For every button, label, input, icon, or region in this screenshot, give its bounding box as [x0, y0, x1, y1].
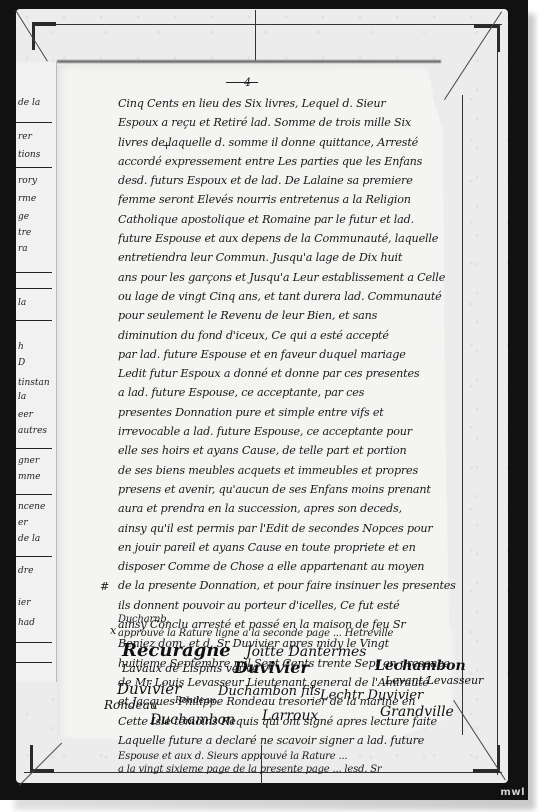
text-line: en jouir pareil et ayans Cause en toute …: [118, 538, 463, 557]
signature: Duvivier: [117, 680, 181, 698]
text-line: elle ses hoirs et ayans Cause, de telle …: [118, 441, 463, 460]
margin-fragment: ra: [18, 244, 28, 254]
margin-fragment: ier: [18, 598, 31, 608]
text-line: a lad. future Espouse, ce acceptante, pa…: [118, 383, 463, 402]
margin-stroke: [16, 167, 52, 168]
margin-stroke: [16, 448, 52, 449]
text-line: irrevocable a lad. future Espouse, ce ac…: [118, 422, 463, 441]
text-line: Laquelle future a declaré ne scavoir sig…: [118, 731, 463, 750]
right-ruling: [497, 45, 498, 775]
text-line: pour seulement le Revenu de leur Bien, e…: [118, 306, 463, 325]
page-number-stroke: [226, 82, 258, 83]
margin-stroke: [16, 122, 52, 123]
corner-mark-bottom-right: [473, 769, 499, 773]
margin-fragment: eer: [18, 410, 33, 420]
margin-fragment: la: [18, 298, 26, 308]
text-line: Cinq Cents en lieu des Six livres, Leque…: [118, 94, 463, 113]
margin-stroke: [16, 556, 52, 557]
margin-fragment: mme: [18, 472, 40, 482]
page-number: 4: [244, 76, 251, 89]
x-mark: x: [110, 624, 116, 637]
text-line: de ses biens meubles acquets et immeuble…: [118, 461, 463, 480]
text-line: par lad. future Espouse et en faveur duq…: [118, 345, 463, 364]
text-line: aura et prendra en la succession, apres …: [118, 499, 463, 518]
insert-mark: +: [162, 139, 171, 152]
corner-mark-top-left: [32, 22, 56, 26]
text-line: Espoux a reçu et Retiré lad. Somme de tr…: [118, 113, 463, 132]
signature: Duchambon: [150, 712, 235, 728]
text-line: future Espouse et aux depens de la Commu…: [118, 229, 463, 248]
margin-stroke: [16, 288, 52, 289]
signature: Larroux: [262, 708, 318, 724]
corner-mark-top-right-v: [497, 24, 500, 52]
text-line: Catholique apostolique et Romaine par le…: [118, 210, 463, 229]
margin-stroke: [16, 662, 52, 663]
signature: Lechambon: [375, 658, 466, 674]
margin-fragment: tre: [18, 228, 31, 238]
margin-fragment: rme: [18, 194, 36, 204]
margin-fragment: la: [18, 392, 26, 402]
signature: Recuragne: [122, 640, 231, 661]
text-line: de la presente Donnation, et pour faire …: [118, 576, 463, 595]
top-center-ruling: [255, 10, 256, 62]
signature: Lechtr Duvivier: [320, 688, 423, 703]
signature: Rondeau: [175, 696, 215, 706]
margin-fragment: gner: [18, 456, 39, 466]
text-line: a la vingt sixieme page de la presente p…: [118, 763, 463, 776]
top-ruling: [32, 24, 502, 25]
text-line: femme seront Elevés nourris entretenus a…: [118, 190, 463, 209]
margin-fragment: rer: [18, 132, 32, 142]
margin-fragment: tinstan: [18, 378, 50, 388]
text-line: Ledit futur Espoux a donné et donne par …: [118, 364, 463, 383]
text-line: desd. futurs Espoux et de lad. De Lalain…: [118, 171, 463, 190]
margin-fragment: tions: [18, 150, 40, 160]
margin-fragment: autres: [18, 426, 47, 436]
signature: Grandville: [380, 704, 454, 720]
signature: Rondeau: [104, 698, 158, 712]
text-line: presentes Donnation pure et simple entre…: [118, 403, 463, 422]
text-line: accordé expressement entre Les parties q…: [118, 152, 463, 171]
signature: Duvivier: [234, 658, 309, 677]
margin-fragment: dre: [18, 566, 33, 576]
margin-fragment: had: [18, 618, 35, 628]
text-line: ans pour les garçons et Jusqu'a Leur est…: [118, 268, 463, 287]
text-line: disposer Comme de Chose a elle appartena…: [118, 557, 463, 576]
signature: Duchambon fils: [218, 684, 321, 699]
page-top-edge-shadow: [57, 60, 441, 63]
text-line: ainsy qu'il est permis par l'Edit de sec…: [118, 519, 463, 538]
text-line: Espouse et aux d. Sieurs approuvé la Rat…: [118, 750, 463, 763]
text-line: entretiendra leur Commun. Jusqu'a lage d…: [118, 248, 463, 267]
margin-fragment: rory: [18, 176, 37, 186]
hash-mark: #: [100, 580, 109, 593]
text-line: presens et avenir, qu'aucun de ses Enfan…: [118, 480, 463, 499]
watermark: mwl: [500, 787, 525, 798]
margin-fragment: de la: [18, 534, 40, 544]
margin-fragment: de la: [18, 98, 40, 108]
margin-stroke: [16, 642, 52, 643]
margin-fragment: h: [18, 342, 24, 352]
margin-stroke: [16, 272, 52, 273]
margin-fragment: ncene: [18, 502, 45, 512]
margin-stroke: [16, 494, 52, 495]
margin-stroke: [16, 320, 52, 321]
text-line: ou lage de vingt Cinq ans, et tant durer…: [118, 287, 463, 306]
signature: Levant Levasseur: [385, 674, 483, 687]
adjacent-page-left: de la rer tions rory rme ge tre ra la h …: [16, 62, 57, 682]
margin-fragment: er: [18, 518, 28, 528]
margin-fragment: D: [18, 358, 25, 368]
margin-fragment: ge: [18, 212, 29, 222]
text-line: diminution du fond d'iceux, Ce qui a est…: [118, 326, 463, 345]
